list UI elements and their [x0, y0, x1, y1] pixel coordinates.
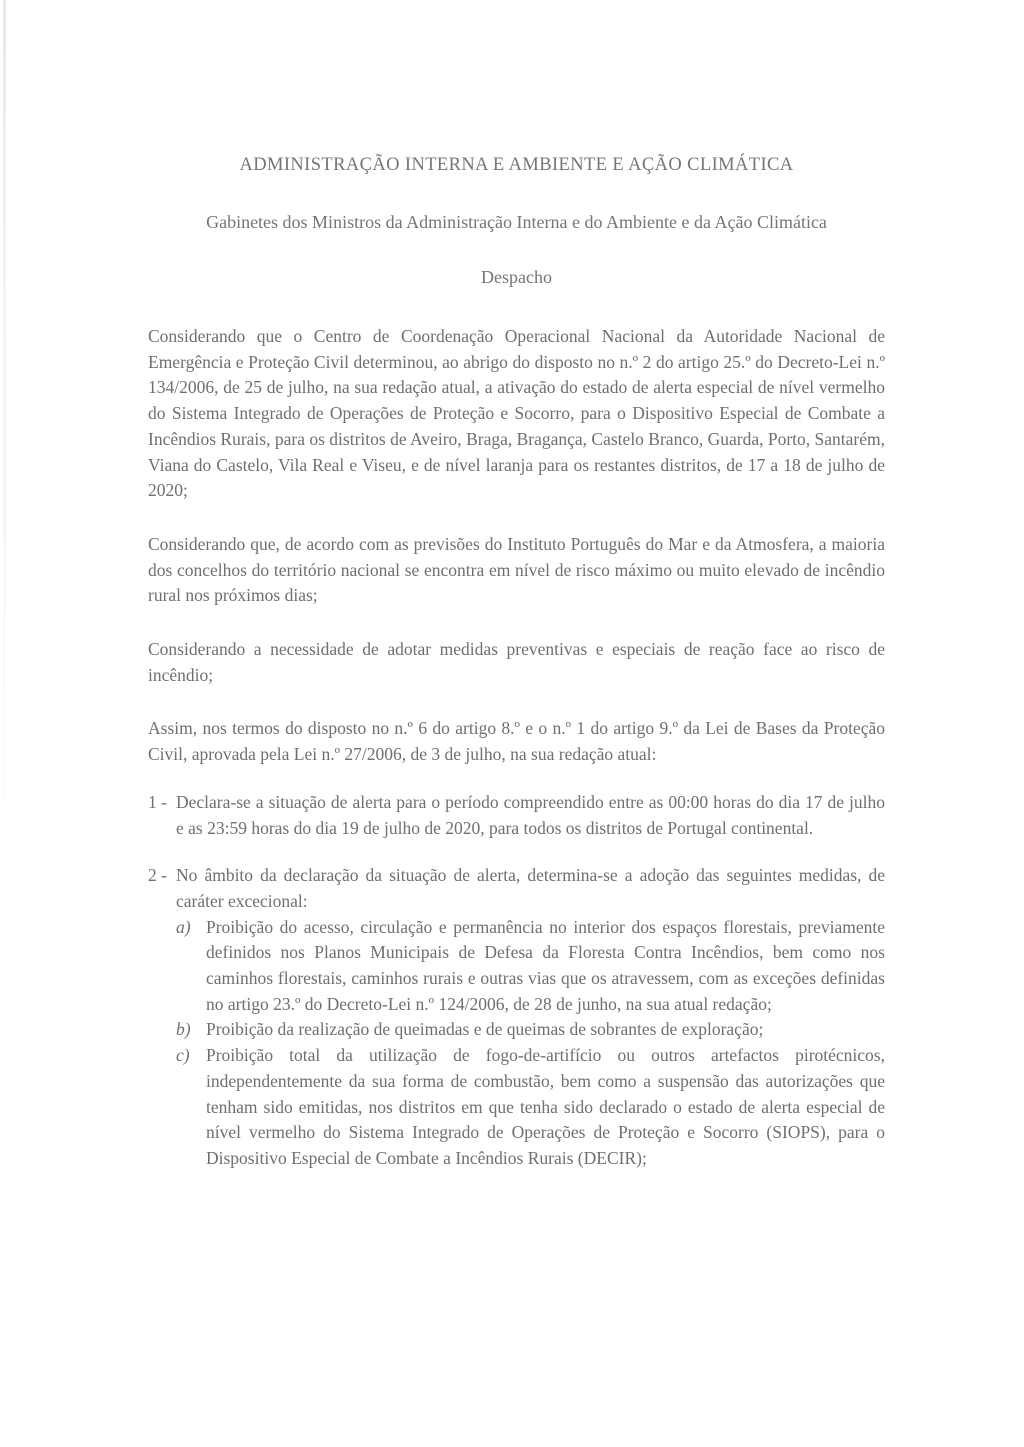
- sub-item-c: c) Proibição total da utilização de fogo…: [176, 1043, 885, 1172]
- sub-item-b-text: Proibição da realização de queimadas e d…: [206, 1017, 885, 1043]
- document-title: ADMINISTRAÇÃO INTERNA E AMBIENTE E AÇÃO …: [148, 155, 885, 176]
- scan-edge-artifact: [3, 0, 6, 870]
- paragraph-assim: Assim, nos termos do disposto no n.º 6 d…: [148, 716, 885, 767]
- sub-item-b: b) Proibição da realização de queimadas …: [176, 1017, 885, 1043]
- list-item-2: 2 - No âmbito da declaração da situação …: [148, 863, 885, 914]
- paragraph-considerando-2: Considerando que, de acordo com as previ…: [148, 532, 885, 609]
- document-page: ADMINISTRAÇÃO INTERNA E AMBIENTE E AÇÃO …: [148, 0, 885, 1172]
- list-item-1-marker: 1 -: [148, 790, 176, 816]
- document-type-heading: Despacho: [148, 267, 885, 288]
- list-item-2-marker: 2 -: [148, 863, 176, 889]
- sub-item-c-marker: c): [176, 1043, 206, 1069]
- list-item-1: 1 - Declara-se a situação de alerta para…: [148, 790, 885, 841]
- sub-item-a: a) Proibição do acesso, circulação e per…: [176, 915, 885, 1018]
- document-subtitle: Gabinetes dos Ministros da Administração…: [148, 212, 885, 233]
- paragraph-considerando-3: Considerando a necessidade de adotar med…: [148, 637, 885, 688]
- sub-item-a-marker: a): [176, 915, 206, 941]
- list-item-1-text: Declara-se a situação de alerta para o p…: [176, 790, 885, 841]
- list-item-2-text: No âmbito da declaração da situação de a…: [176, 863, 885, 914]
- sub-item-a-text: Proibição do acesso, circulação e perman…: [206, 915, 885, 1018]
- sub-item-b-marker: b): [176, 1017, 206, 1043]
- sub-item-c-text: Proibição total da utilização de fogo-de…: [206, 1043, 885, 1172]
- paragraph-considerando-1: Considerando que o Centro de Coordenação…: [148, 324, 885, 504]
